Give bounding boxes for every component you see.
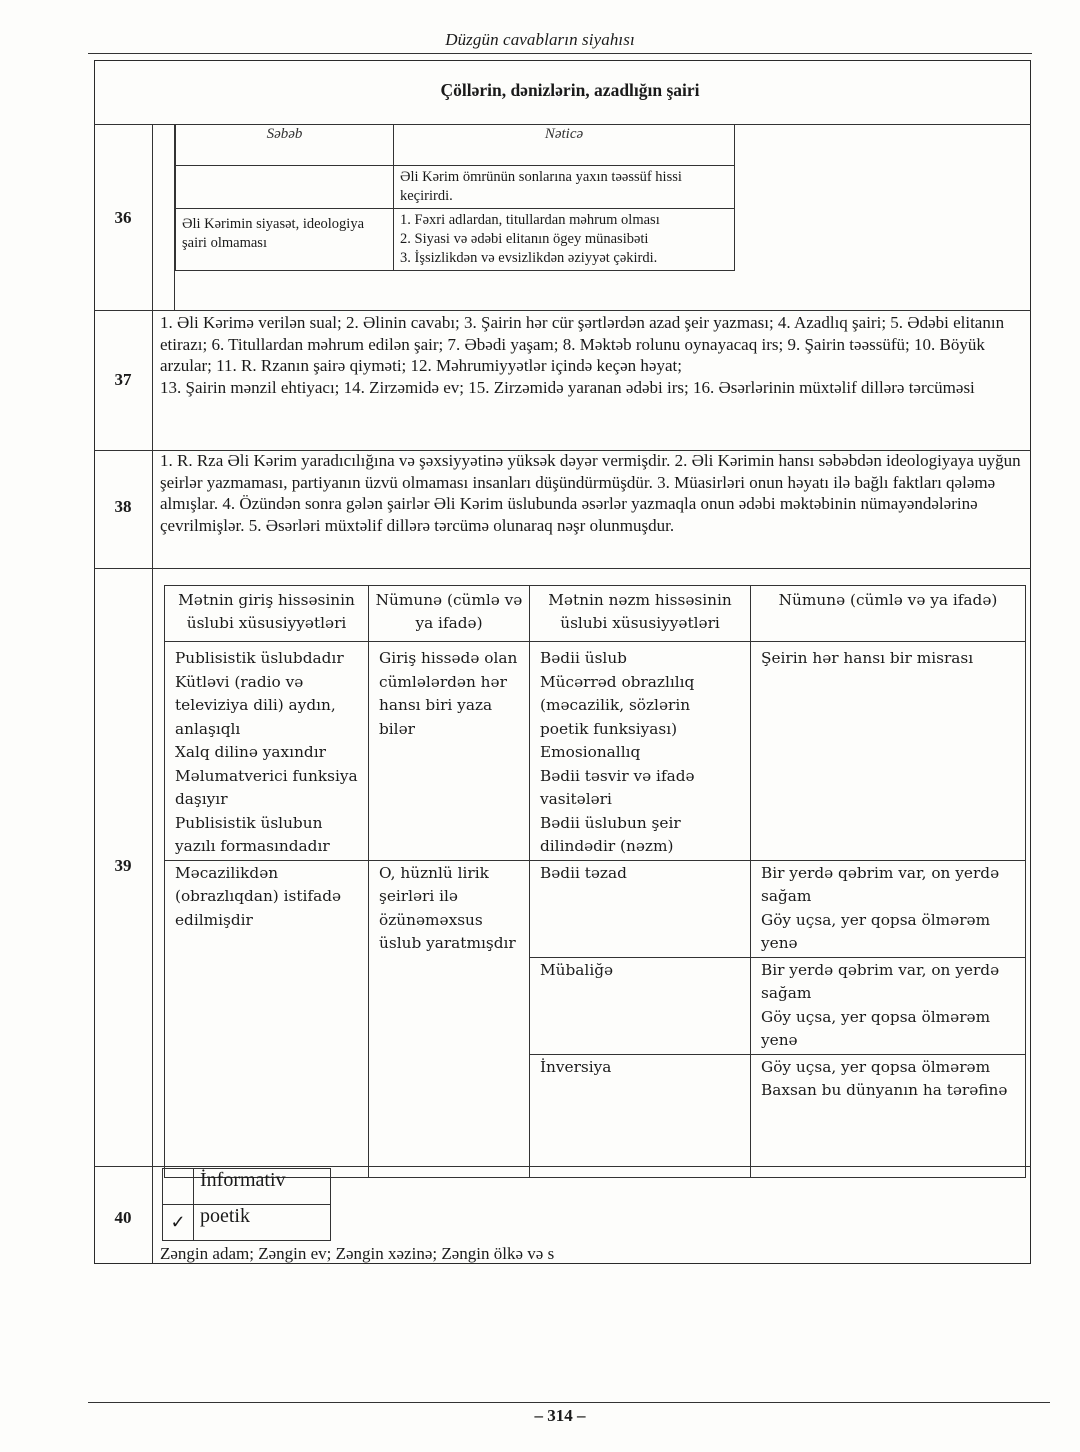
style-analysis-table: Mətnin giriş hissəsinin üslubi xüsusiyyə…	[164, 585, 1026, 1178]
feature-item: Publisistik üslubdadır	[175, 647, 358, 671]
intro-features-cell: Publisistik üslubdadır Kütləvi (radio və…	[165, 642, 369, 861]
verse-example-hyperbole: Bir yerdə qəbrim var, on yerdə sağam Göy…	[751, 957, 1026, 1054]
verse-example-inversion: Göy uçsa, yer qopsa ölmərəm Baxsan bu dü…	[751, 1054, 1026, 1177]
effect-item: 1. Fəxri adlardan, titullardan məhrum ol…	[400, 211, 728, 230]
text-type-checklist: İnformativ ✓ poetik	[162, 1168, 331, 1241]
verse-features-header: Mətnin nəzm hissəsinin üslubi xüsusiyyət…	[530, 586, 751, 642]
running-title: Düzgün cavabların siyahısı	[0, 30, 1080, 50]
feature-item: Bədii təsvir və ifadə vasitələri	[540, 765, 740, 812]
verse-line: Göy uçsa, yer qopsa ölmərəm	[761, 1056, 1015, 1080]
question-number-40: 40	[94, 1208, 152, 1228]
number-column-divider	[152, 124, 153, 1264]
intro-features-cell-2: Məcazilikdən (obrazlıqdan) istifadə edil…	[165, 860, 369, 1177]
verse-feature-hyperbole: Mübaliğə	[530, 957, 751, 1054]
question-number-39: 39	[94, 856, 152, 876]
intro-example-header: Nümunə (cümlə və ya ifadə)	[369, 586, 530, 642]
verse-feature-inversion: İnversiya	[530, 1054, 751, 1177]
effect-item: 2. Siyasi və ədəbi elitanın ögey münasib…	[400, 230, 728, 249]
feature-item: Məlumatverici funksiya daşıyır	[175, 765, 358, 812]
feature-item: Kütləvi (radio və televiziya dili) aydın…	[175, 671, 358, 742]
effect-item: 3. İşsizlikdən və evsizlikdən əziyyət çə…	[400, 249, 728, 268]
verse-example-cell: Şeirin hər hansı bir misrası	[751, 642, 1026, 861]
feature-item: Xalq dilinə yaxındır	[175, 741, 358, 765]
question-number-37: 37	[94, 370, 152, 390]
q36-divider	[94, 310, 1031, 311]
intro-example-cell: Giriş hissədə olan cümlələrdən hər hansı…	[369, 642, 530, 861]
verse-features-cell: Bədii üslub Mücərrəd obrazlılıq (məcazil…	[530, 642, 751, 861]
cause-cell-empty	[176, 166, 394, 209]
intro-features-header: Mətnin giriş hissəsinin üslubi xüsusiyyə…	[165, 586, 369, 642]
question-number-36: 36	[94, 208, 152, 228]
effect-header: Nəticə	[394, 125, 735, 166]
effect-cell: Əli Kərim ömrünün sonlarına yaxın təəssü…	[394, 166, 735, 209]
option-label-informativ: İnformativ	[194, 1169, 331, 1205]
question-number-38: 38	[94, 497, 152, 517]
verse-line: Bir yerdə qəbrim var, on yerdə sağam	[761, 959, 1015, 1006]
feature-item: Bədii üslub	[540, 647, 740, 671]
option-label-poetik: poetik	[194, 1205, 331, 1241]
checkmark-icon: ✓	[170, 1212, 185, 1232]
verse-feature-contrast: Bədii təzad	[530, 860, 751, 957]
verse-example-contrast: Bir yerdə qəbrim var, on yerdə sağam Göy…	[751, 860, 1026, 957]
checkbox-poetik[interactable]: ✓	[163, 1205, 194, 1241]
verse-line: Baxsan bu dünyanın ha tərəfinə	[761, 1079, 1015, 1103]
intro-example-cell-2: O, hüznlü lirik şeirləri ilə özünəməxsus…	[369, 860, 530, 1177]
q38-divider	[94, 568, 1031, 569]
verse-line: Göy uçsa, yer qopsa ölmərəm yenə	[761, 909, 1015, 956]
effects-list-cell: 1. Fəxri adlardan, titullardan məhrum ol…	[394, 209, 735, 271]
header-rule	[88, 53, 1032, 54]
q37-text-part2: 13. Şairin mənzil ehtiyacı; 14. Zirzəmid…	[160, 378, 975, 397]
feature-item: Publisistik üslubun yazılı formasındadır	[175, 812, 358, 859]
q37-answer: 1. Əli Kərimə verilən sual; 2. Əlinin ca…	[160, 312, 1040, 398]
section-title: Çöllərin, dənizlərin, azadlığın şairi	[95, 80, 1045, 101]
cause-effect-table: Səbəb Nəticə Əli Kərim ömrünün sonlarına…	[175, 124, 735, 271]
cause-header: Səbəb	[176, 125, 394, 166]
feature-item: Bədii üslubun şeir dilindədir (nəzm)	[540, 812, 740, 859]
feature-item: Mücərrəd obrazlılıq (məcazilik, sözlərin…	[540, 671, 740, 742]
feature-item: Emosionallıq	[540, 741, 740, 765]
q37-text-part1: 1. Əli Kərimə verilən sual; 2. Əlinin ca…	[160, 313, 1004, 375]
verse-line: Bir yerdə qəbrim var, on yerdə sağam	[761, 862, 1015, 909]
verse-example-header: Nümunə (cümlə və ya ifadə)	[751, 586, 1026, 642]
q40-answer: Zəngin adam; Zəngin ev; Zəngin xəzinə; Z…	[160, 1244, 554, 1264]
q38-answer: 1. R. Rza Əli Kərim yaradıcılığına və şə…	[160, 450, 1040, 536]
page-number: – 314 –	[0, 1406, 1080, 1426]
cause-cell: Əli Kərimin siyasət, ideologiya şairi ol…	[176, 209, 394, 271]
footer-rule	[88, 1402, 1050, 1403]
checkbox-informativ[interactable]	[163, 1169, 194, 1205]
verse-line: Göy uçsa, yer qopsa ölmərəm yenə	[761, 1006, 1015, 1053]
